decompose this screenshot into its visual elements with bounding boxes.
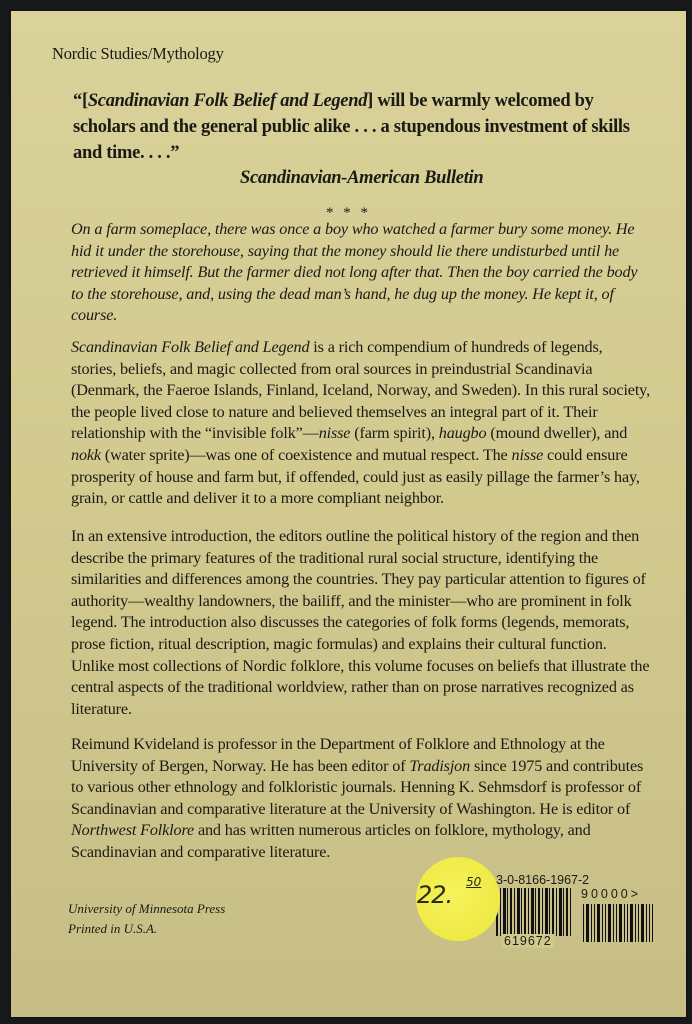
quote-attribution: Scandinavian-American Bulletin bbox=[240, 168, 483, 189]
quote-book-title: Scandinavian Folk Belief and Legend bbox=[88, 91, 367, 111]
journal-title: Northwest Folklore bbox=[71, 821, 194, 839]
publisher-name: University of Minnesota Press bbox=[68, 899, 225, 919]
book-back-cover: Nordic Studies/Mythology “[Scandinavian … bbox=[11, 11, 686, 1017]
barcode-digits: 619672 bbox=[502, 934, 554, 948]
category-label: Nordic Studies/Mythology bbox=[52, 44, 224, 64]
barcode-bars-icon bbox=[496, 888, 571, 936]
price-cents: 50 bbox=[466, 875, 481, 889]
addon-barcode-bars-icon bbox=[583, 904, 653, 942]
term-nisse: nisse bbox=[319, 424, 351, 442]
description-paragraph-2: In an extensive introduction, the editor… bbox=[71, 526, 651, 720]
editors-bio: Reimund Kvideland is professor in the De… bbox=[71, 734, 651, 864]
book-title: Scandinavian Folk Belief and Legend bbox=[71, 338, 309, 356]
journal-title: Tradisjon bbox=[409, 757, 470, 775]
price-code: 90000> bbox=[581, 887, 641, 901]
text-segment: (water sprite)—was one of coexistence an… bbox=[101, 446, 512, 464]
term-nisse: nisse bbox=[512, 446, 544, 464]
description-paragraph-1: Scandinavian Folk Belief and Legend is a… bbox=[71, 337, 651, 510]
term-haugbo: haugbo bbox=[439, 424, 487, 442]
publisher-imprint: University of Minnesota Press Printed in… bbox=[68, 899, 225, 939]
anecdote-excerpt: On a farm someplace, there was once a bo… bbox=[71, 219, 651, 327]
text-segment: (farm spirit), bbox=[350, 424, 438, 442]
isbn-number: 3-0-8166-1967-2 bbox=[496, 873, 589, 887]
review-quote: “[Scandinavian Folk Belief and Legend] w… bbox=[73, 88, 633, 166]
quote-open: “[ bbox=[73, 91, 88, 111]
term-nokk: nokk bbox=[71, 446, 101, 464]
printed-in: Printed in U.S.A. bbox=[68, 919, 225, 939]
price-dollars: 22. bbox=[417, 881, 452, 909]
text-segment: (mound dweller), and bbox=[486, 424, 627, 442]
